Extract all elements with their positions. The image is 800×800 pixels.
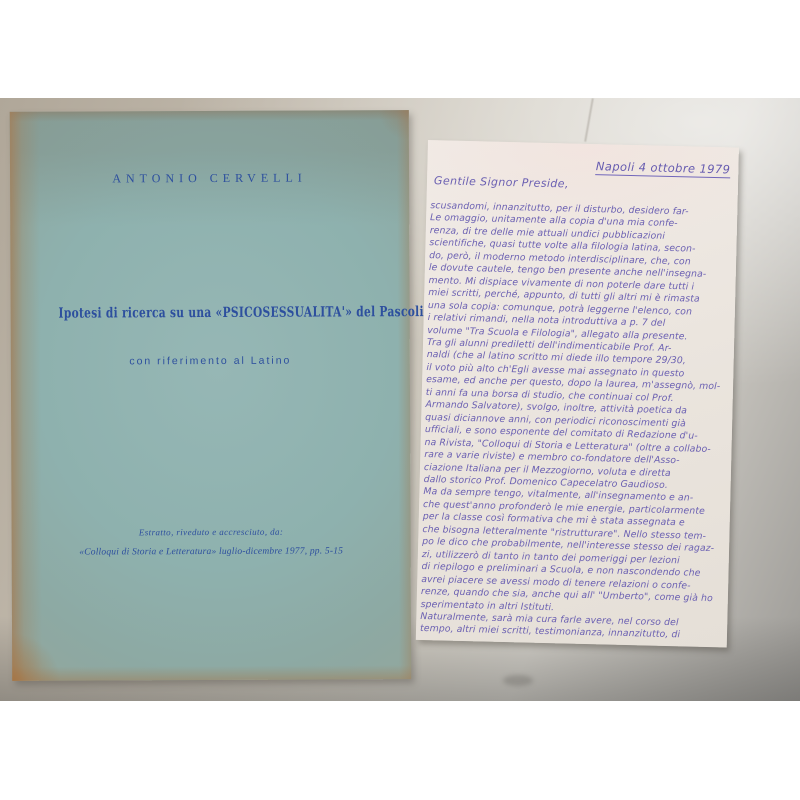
handwritten-letter-page: Napoli 4 ottobre 1979 Gentile Signor Pre…	[416, 140, 739, 647]
background-stain	[503, 675, 533, 686]
letter-salutation: Gentile Signor Preside,	[434, 174, 569, 190]
letter-body: scusandomi, innanzitutto, per il disturb…	[420, 200, 736, 643]
booklet-title: Ipotesi di ricerca su una «PSICOSESSUALI…	[58, 304, 361, 321]
booklet-imprint-citation: «Colloqui di Storia e Letteratura» lugli…	[12, 546, 411, 558]
documents-photo: ANTONIO CERVELLI Ipotesi di ricerca su u…	[0, 98, 800, 701]
booklet-subtitle: con riferimento al Latino	[11, 354, 410, 368]
letter-dateline: Napoli 4 ottobre 1979	[596, 159, 731, 178]
background-scratch	[584, 98, 594, 142]
booklet-cover: ANTONIO CERVELLI Ipotesi di ricerca su u…	[10, 110, 411, 681]
booklet-author: ANTONIO CERVELLI	[10, 170, 409, 187]
booklet-imprint-source-label: Estratto, riveduto e accresciuto, da:	[12, 526, 411, 538]
